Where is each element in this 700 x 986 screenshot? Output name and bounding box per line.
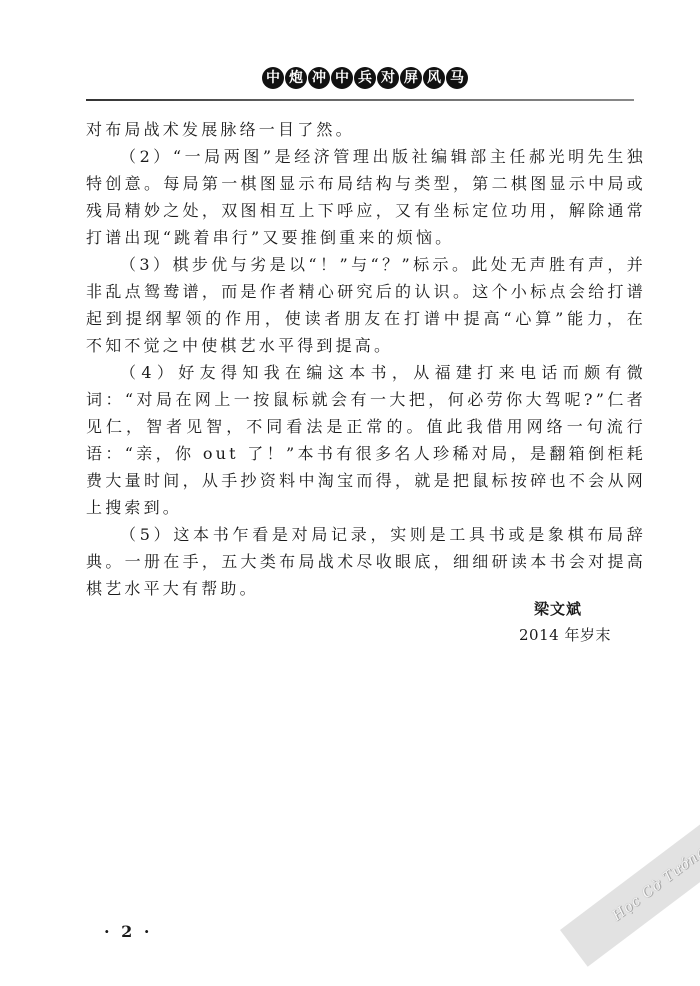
header-char-badge: 屏: [400, 67, 422, 89]
paragraph-point-2: （2）“一局两图”是经济管理出版社编辑部主任郝光明先生独特创意。每局第一棋图显示…: [86, 143, 646, 251]
page-number: · 2 ·: [104, 922, 152, 941]
paragraph-point-5: （5）这本书乍看是对局记录，实则是工具书或是象棋布局辞典。一册在手，五大类布局战…: [86, 521, 646, 602]
paragraph-continuation: 对布局战术发展脉络一目了然。: [86, 116, 646, 143]
header-char-badge: 中: [262, 67, 284, 89]
signature-date: 2014 年岁末: [519, 624, 611, 645]
watermark-band: Học Cờ Tướng . Net: [560, 774, 700, 967]
paragraph-point-4: （4）好友得知我在编这本书，从福建打来电话而颇有微词：“对局在网上一按鼠标就会有…: [86, 359, 646, 521]
body-text: 对布局战术发展脉络一目了然。 （2）“一局两图”是经济管理出版社编辑部主任郝光明…: [86, 116, 646, 602]
header-char-badge: 冲: [308, 67, 330, 89]
header-char-badge: 炮: [285, 67, 307, 89]
header-char-badge: 对: [377, 67, 399, 89]
header-divider: [86, 99, 634, 101]
author-signature: 梁文斌: [534, 598, 582, 619]
header-char-badge: 马: [446, 67, 468, 89]
watermark-text: Học Cờ Tướng . Net: [609, 816, 700, 924]
header-char-badge: 中: [331, 67, 353, 89]
header-char-badge: 兵: [354, 67, 376, 89]
running-header-title: 中 炮 冲 中 兵 对 屏 风 马: [262, 67, 468, 90]
paragraph-point-3: （3）棋步优与劣是以“！”与“？”标示。此处无声胜有声，并非乱点鸳鸯谱，而是作者…: [86, 251, 646, 359]
header-char-badge: 风: [423, 67, 445, 89]
